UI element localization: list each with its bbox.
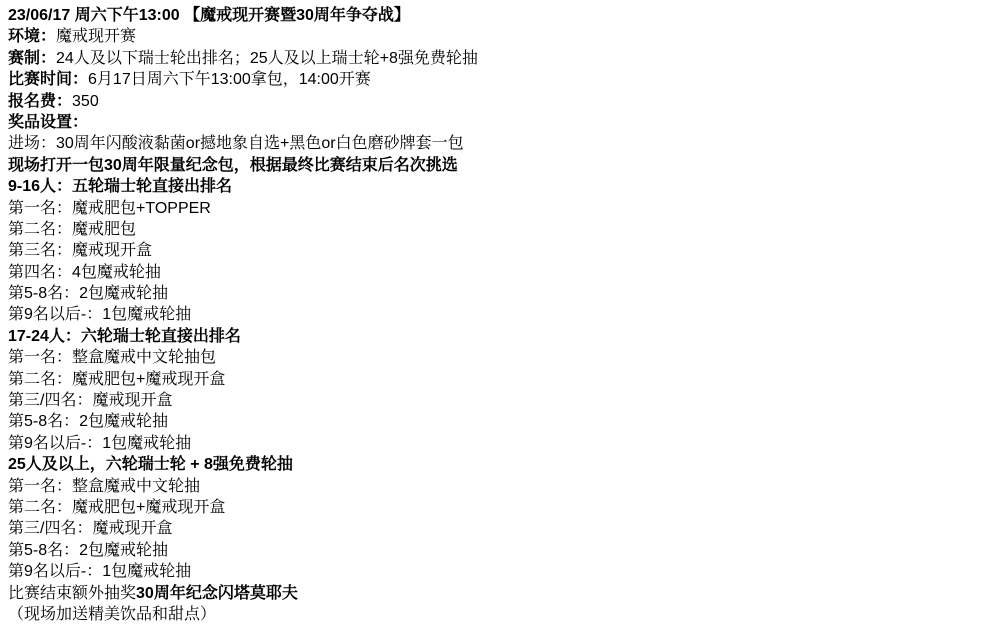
text-segment: 第三名：魔戒现开盒 (8, 242, 152, 259)
text-line: 17-24人：六轮瑞士轮直接出排名 (8, 326, 996, 347)
text-segment-bold: 17-24人：六轮瑞士轮直接出排名 (8, 328, 241, 345)
text-segment: 魔戒现开赛 (56, 28, 136, 45)
text-line: 比赛时间：6月17日周六下午13:00拿包，14:00开赛 (8, 69, 996, 90)
event-announcement-document: 23/06/17 周六下午13:00 【魔戒现开赛暨30周年争夺战】环境：魔戒现… (0, 0, 1004, 626)
text-segment: 第三/四名：魔戒现开盒 (8, 392, 172, 409)
text-line: 第5-8名：2包魔戒轮抽 (8, 540, 996, 561)
text-line: 比赛结束额外抽奖30周年纪念闪塔莫耶夫 (8, 583, 996, 604)
text-segment: 第四名：4包魔戒轮抽 (8, 264, 161, 281)
text-segment-bold: 23/06/17 周六下午13:00 【魔戒现开赛暨30周年争夺战】 (8, 7, 410, 24)
text-line: 现场打开一包30周年限量纪念包，根据最终比赛结束后名次挑选 (8, 155, 996, 176)
text-line: 第三/四名：魔戒现开盒 (8, 518, 996, 539)
text-segment: 6月17日周六下午13:00拿包，14:00开赛 (88, 71, 371, 88)
text-segment: 第5-8名：2包魔戒轮抽 (8, 285, 168, 302)
text-segment: 第9名以后-：1包魔戒轮抽 (8, 435, 191, 452)
text-line: 第9名以后-：1包魔戒轮抽 (8, 433, 996, 454)
text-line: 赛制：24人及以下瑞士轮出排名；25人及以上瑞士轮+8强免费轮抽 (8, 48, 996, 69)
text-line: 第9名以后-：1包魔戒轮抽 (8, 304, 996, 325)
text-segment-bold: 现场打开一包30周年限量纪念包，根据最终比赛结束后名次挑选 (8, 157, 458, 174)
text-segment: 350 (72, 93, 99, 110)
text-segment-bold: 环境： (8, 28, 56, 45)
text-line: 第9名以后-：1包魔戒轮抽 (8, 561, 996, 582)
text-segment: 第一名：整盒魔戒中文轮抽 (8, 478, 200, 495)
text-segment: 第二名：魔戒肥包+魔戒现开盒 (8, 371, 225, 388)
text-line: 25人及以上，六轮瑞士轮 + 8强免费轮抽 (8, 454, 996, 475)
text-line: 第三/四名：魔戒现开盒 (8, 390, 996, 411)
text-line: 第四名：4包魔戒轮抽 (8, 262, 996, 283)
text-segment: 第一名：魔戒肥包+TOPPER (8, 200, 211, 217)
text-segment: 第一名：整盒魔戒中文轮抽包 (8, 349, 216, 366)
text-line: 第二名：魔戒肥包+魔戒现开盒 (8, 369, 996, 390)
text-line: 第5-8名：2包魔戒轮抽 (8, 283, 996, 304)
text-line: 9-16人：五轮瑞士轮直接出排名 (8, 176, 996, 197)
text-line: 第三名：魔戒现开盒 (8, 240, 996, 261)
text-segment: 24人及以下瑞士轮出排名；25人及以上瑞士轮+8强免费轮抽 (56, 50, 478, 67)
text-line: 第一名：魔戒肥包+TOPPER (8, 198, 996, 219)
text-line: 报名费：350 (8, 91, 996, 112)
text-segment-bold: 9-16人：五轮瑞士轮直接出排名 (8, 178, 232, 195)
text-segment-bold: 比赛时间： (8, 71, 88, 88)
text-line: 第一名：整盒魔戒中文轮抽 (8, 476, 996, 497)
text-line: 进场：30周年闪酸液黏菌or撼地象自选+黑色or白色磨砂牌套一包 (8, 133, 996, 154)
text-line: 第5-8名：2包魔戒轮抽 (8, 411, 996, 432)
text-segment: 第5-8名：2包魔戒轮抽 (8, 413, 168, 430)
text-segment-bold: 30周年纪念闪塔莫耶夫 (136, 585, 298, 602)
text-line: 第二名：魔戒肥包 (8, 219, 996, 240)
text-segment-bold: 奖品设置： (8, 114, 88, 131)
text-segment: （现场加送精美饮品和甜点） (8, 606, 216, 623)
text-segment: 第9名以后-：1包魔戒轮抽 (8, 563, 191, 580)
text-segment: 第二名：魔戒肥包+魔戒现开盒 (8, 499, 225, 516)
text-line: （现场加送精美饮品和甜点） (8, 604, 996, 625)
text-line: 环境：魔戒现开赛 (8, 26, 996, 47)
text-line: 第一名：整盒魔戒中文轮抽包 (8, 347, 996, 368)
text-line: 第二名：魔戒肥包+魔戒现开盒 (8, 497, 996, 518)
text-segment: 比赛结束额外抽奖 (8, 585, 136, 602)
text-segment-bold: 报名费： (8, 93, 72, 110)
text-segment: 第5-8名：2包魔戒轮抽 (8, 542, 168, 559)
text-segment: 第二名：魔戒肥包 (8, 221, 136, 238)
text-line: 奖品设置： (8, 112, 996, 133)
text-segment: 第9名以后-：1包魔戒轮抽 (8, 306, 191, 323)
text-line: 23/06/17 周六下午13:00 【魔戒现开赛暨30周年争夺战】 (8, 5, 996, 26)
text-segment: 第三/四名：魔戒现开盒 (8, 520, 172, 537)
text-segment: 进场：30周年闪酸液黏菌or撼地象自选+黑色or白色磨砂牌套一包 (8, 135, 464, 152)
text-segment-bold: 赛制： (8, 50, 56, 67)
text-segment-bold: 25人及以上，六轮瑞士轮 + 8强免费轮抽 (8, 456, 293, 473)
